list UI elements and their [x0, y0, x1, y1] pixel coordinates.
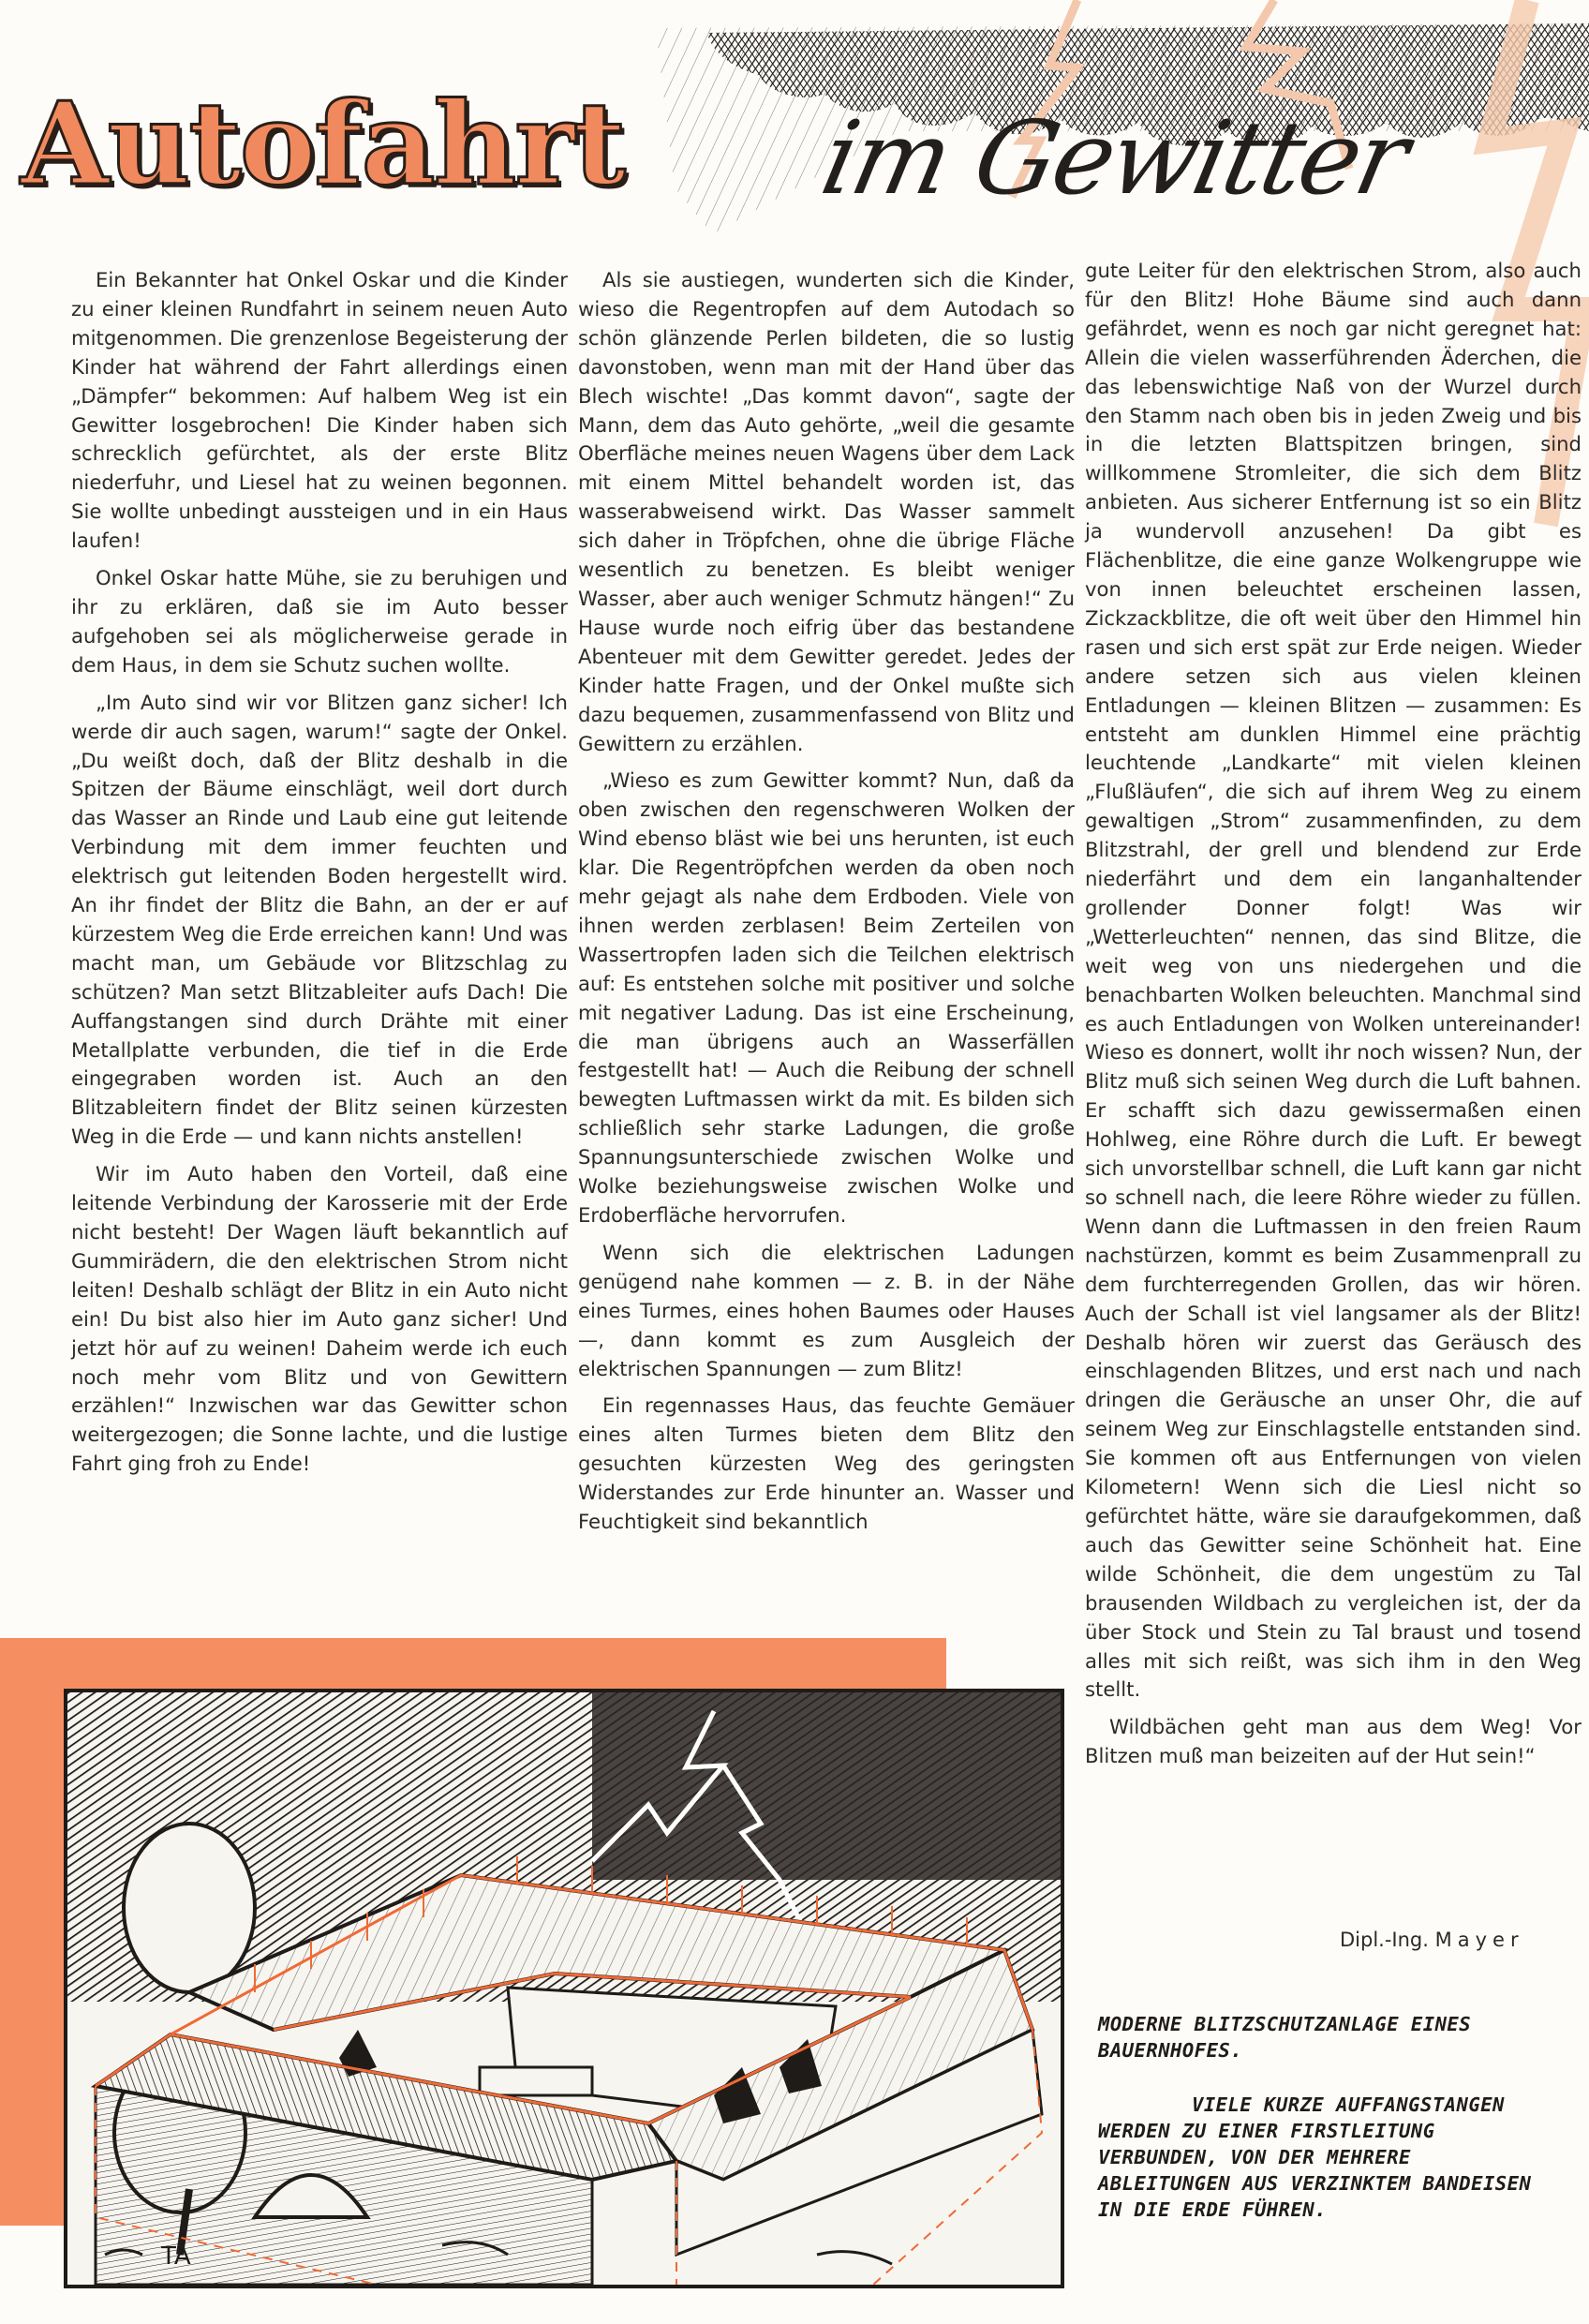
paragraph: Wildbächen geht man aus dem Weg! Vor Bli…: [1085, 1713, 1582, 1771]
paragraph: „Wieso es zum Gewitter kommt? Nun, daß d…: [578, 767, 1075, 1230]
paragraph: Wenn sich die elektrischen Ladungen genü…: [578, 1239, 1075, 1384]
author-byline: Dipl.-Ing. Mayer: [1340, 1929, 1524, 1951]
page-header: Autofahrt im Gewitter: [0, 0, 1589, 262]
author-prefix: Dipl.-Ing.: [1340, 1929, 1429, 1951]
caption-title: Moderne Blitzschutzanlage eines Bauernho…: [1098, 2011, 1548, 2063]
paragraph: Ein regennasses Haus, das feuchte Gemäue…: [578, 1392, 1075, 1537]
caption-body: Viele kurze Auffangstangen werden zu ein…: [1098, 2092, 1548, 2223]
article-column-1: Ein Bekannter hat Onkel Oskar und die Ki…: [71, 266, 568, 1487]
paragraph: „Im Auto sind wir vor Blitzen ganz siche…: [71, 689, 568, 1153]
article-column-3: gute Leiter für den elektrischen Strom, …: [1085, 257, 1582, 1780]
artist-signature: TA: [160, 2242, 191, 2271]
paragraph: Wir im Auto haben den Vorteil, daß eine …: [71, 1160, 568, 1479]
title-script: im Gewitter: [814, 109, 1415, 210]
paragraph: Ein Bekannter hat Onkel Oskar und die Ki…: [71, 266, 568, 556]
farmhouse-illustration: TA: [64, 1689, 1064, 2288]
illustration-caption: Moderne Blitzschutzanlage eines Bauernho…: [1098, 2011, 1548, 2223]
author-name: Mayer: [1435, 1929, 1524, 1951]
farmhouse-lightning-protection-drawing: TA: [67, 1692, 1061, 2285]
paragraph: gute Leiter für den elektrischen Strom, …: [1085, 257, 1582, 1705]
article-column-2: Als sie austiegen, wunderten sich die Ki…: [578, 266, 1075, 1545]
title-main: Autofahrt: [21, 86, 624, 201]
paragraph: Als sie austiegen, wunderten sich die Ki…: [578, 266, 1075, 758]
paragraph: Onkel Oskar hatte Mühe, sie zu beruhigen…: [71, 564, 568, 680]
